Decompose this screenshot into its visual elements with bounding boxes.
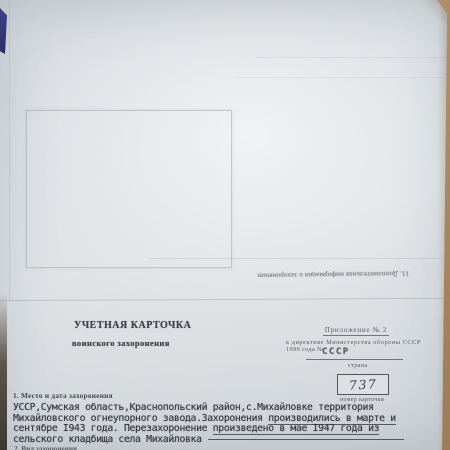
left-edge-crease <box>9 0 10 300</box>
blank-fill-line <box>208 439 404 440</box>
folded-corner-shadow <box>420 0 450 24</box>
appendix-number-line: Приложение № 2 <box>286 319 426 337</box>
horizontal-crease <box>235 77 445 78</box>
card-number-box: 737 <box>337 374 389 395</box>
country-value: СССР <box>322 347 350 357</box>
left-edge-dark-strip <box>0 293 7 450</box>
photo-of-burial-record-card: 11. Дополнительная информация о захороне… <box>0 0 450 450</box>
faint-photo-frame-area <box>26 110 232 268</box>
card-subtitle: воинского захоронения <box>72 338 170 348</box>
appendix-block: Приложение № 2 к директиве Министерства … <box>286 319 426 353</box>
card-number-handwritten: 737 <box>348 376 377 392</box>
paper-sheet: 11. Дополнительная информация о захороне… <box>0 0 450 450</box>
upside-down-showthrough-text: 11. Дополнительная информация о захороне… <box>213 270 409 281</box>
country-field-label: страна <box>348 362 368 369</box>
section2-heading-cutoff: 2. Вид захоронения <box>14 444 77 450</box>
directive-year-line: 1990 года № <box>286 346 426 353</box>
paper-right-edge-shadow <box>438 0 450 450</box>
section1-heading: 1. Место и дата захоронения <box>13 391 113 400</box>
appendix-number-text: Приложение № 2 <box>323 326 389 336</box>
horizontal-crease <box>150 258 442 259</box>
horizontal-crease <box>0 298 448 301</box>
directive-line: к директиве Министерства обороны СССР <box>286 339 426 346</box>
horizontal-crease <box>255 57 445 58</box>
card-title: УЧЕТНАЯ КАРТОЧКА <box>74 320 191 331</box>
country-underline <box>306 359 403 360</box>
typed-text-underlined: произведено в мае I947 года из <box>213 423 379 435</box>
section1-typed-text: УССР,Сумская область,Краснопольский райо… <box>13 403 404 446</box>
typed-text: УССР,Сумская область,Краснопольский райо… <box>13 402 374 413</box>
typed-text: сентябре I943 года. Перезахоронение <box>13 423 213 434</box>
